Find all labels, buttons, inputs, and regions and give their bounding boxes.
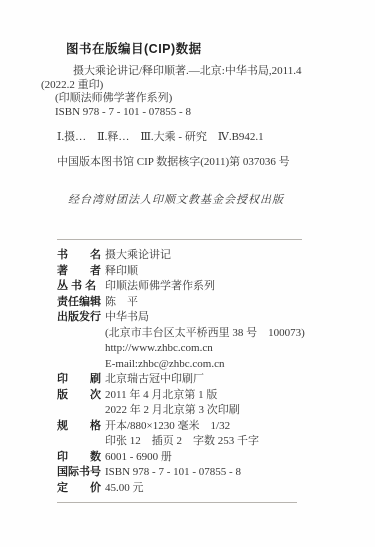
publisher-address: (北京市丰台区太平桥西里 38 号 100073) [105, 326, 305, 342]
author-value: 释印顺 [105, 264, 138, 280]
price-value: 45.00 元 [105, 481, 144, 497]
format-sheets: 印张 12 插页 2 字数 253 千字 [105, 434, 259, 450]
row-label-edition: 版 次 [57, 388, 103, 404]
row-label-editor: 责任编辑 [57, 295, 103, 311]
cip-entry-isbn-line: ISBN 978 - 7 - 101 - 07855 - 8 [55, 106, 301, 120]
colophon-row-print-run: 印 数 6001 - 6900 册 [57, 450, 305, 466]
cip-classification-line: Ⅰ.摄… Ⅱ.释… Ⅲ.大乘 - 研究 Ⅳ.B942.1 [57, 128, 264, 144]
cip-entry-reprint-line: (2022.2 重印) [41, 79, 301, 93]
authorization-note: 经台湾财团法人印顺文教基金会授权出版 [68, 191, 284, 207]
row-label-isbn: 国际书号 [57, 465, 103, 481]
edition-first: 2011 年 4 月北京第 1 版 [105, 388, 240, 404]
format-size: 开本/880×1230 毫米 1/32 [105, 419, 259, 435]
cip-entry-block: 摄大乘论讲记/释印顺著.—北京:中华书局,2011.4 (2022.2 重印) … [55, 65, 301, 119]
editor-value: 陈 平 [105, 295, 138, 311]
row-label-format: 规 格 [57, 419, 103, 435]
row-label-author: 著 者 [57, 264, 103, 280]
colophon-row-printer: 印 刷 北京瑞古冠中印刷厂 [57, 372, 305, 388]
divider-bottom [57, 502, 297, 503]
colophon-row-author: 著 者 释印顺 [57, 264, 305, 280]
colophon-row-edition: 版 次 2011 年 4 月北京第 1 版 2022 年 2 月北京第 3 次印… [57, 388, 305, 419]
cip-header: 图书在版编目(CIP)数据 [66, 39, 202, 57]
row-label-price: 定 价 [57, 481, 103, 497]
colophon-row-book-title: 书 名 摄大乘论讲记 [57, 248, 305, 264]
book-title-value: 摄大乘论讲记 [105, 248, 171, 264]
series-value: 印顺法师佛学著作系列 [105, 279, 215, 295]
printer-value: 北京瑞古冠中印刷厂 [105, 372, 204, 388]
divider-top [57, 239, 302, 240]
colophon-table: 书 名 摄大乘论讲记 著 者 释印顺 丛 书 名 印顺法师佛学著作系列 责任编辑… [57, 248, 305, 496]
publisher-url: http://www.zhbc.com.cn [105, 341, 305, 357]
colophon-row-publisher: 出版发行 中华书局 (北京市丰台区太平桥西里 38 号 100073) http… [57, 310, 305, 372]
publisher-name: 中华书局 [105, 310, 305, 326]
edition-current-printing: 2022 年 2 月北京第 3 次印刷 [105, 403, 240, 419]
row-label-printer: 印 刷 [57, 372, 103, 388]
publisher-email: E-mail:zhbc@zhbc.com.cn [105, 357, 305, 373]
isbn-value: ISBN 978 - 7 - 101 - 07855 - 8 [105, 465, 241, 481]
print-run-value: 6001 - 6900 册 [105, 450, 172, 466]
row-label-print-run: 印 数 [57, 450, 103, 466]
colophon-row-isbn: 国际书号 ISBN 978 - 7 - 101 - 07855 - 8 [57, 465, 305, 481]
colophon-row-editor: 责任编辑 陈 平 [57, 295, 305, 311]
row-label-publisher: 出版发行 [57, 310, 103, 326]
colophon-row-series: 丛 书 名 印顺法师佛学著作系列 [57, 279, 305, 295]
row-label-book-title: 书 名 [57, 248, 103, 264]
cip-record-number-line: 中国版本图书馆 CIP 数据核字(2011)第 037036 号 [57, 153, 290, 169]
colophon-row-price: 定 价 45.00 元 [57, 481, 305, 497]
cip-entry-title-line: 摄大乘论讲记/释印顺著.—北京:中华书局,2011.4 [55, 65, 301, 79]
colophon-row-format: 规 格 开本/880×1230 毫米 1/32 印张 12 插页 2 字数 25… [57, 419, 305, 450]
book-copyright-page: 图书在版编目(CIP)数据 摄大乘论讲记/释印顺著.—北京:中华书局,2011.… [0, 0, 375, 547]
row-label-series: 丛 书 名 [57, 279, 103, 295]
cip-entry-series-line: (印顺法师佛学著作系列) [55, 92, 301, 106]
